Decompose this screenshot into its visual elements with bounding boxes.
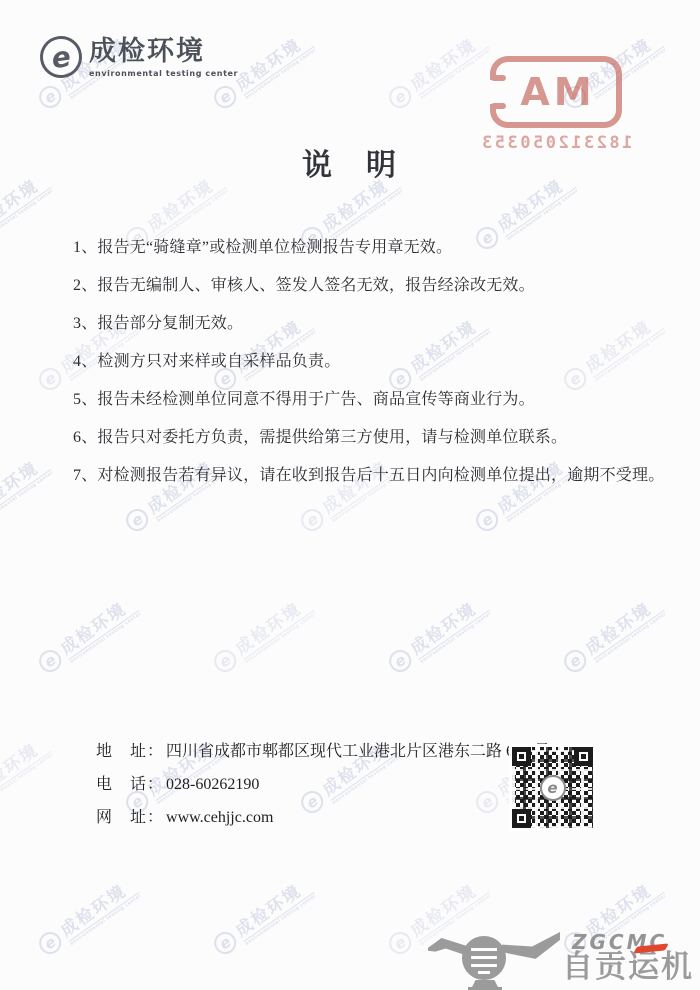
watermark-text: 成检环境: [0, 448, 51, 518]
company-logo-icon: e: [37, 33, 84, 80]
watermark-text: 成检环境: [404, 589, 488, 659]
phone-value: 028-60262190: [166, 776, 259, 793]
brand-watermark: e 成检环境 environmental testing center: [525, 564, 700, 705]
watermark-subtext: environmental testing center: [419, 46, 493, 101]
brand-watermark: e 成检环境 environmental testing center: [175, 564, 350, 705]
watermark-text: 成检环境: [229, 871, 313, 941]
cma-stamp-letters: MA: [516, 70, 595, 114]
zgcmc-logo: ZGCMC 自贡运机: [428, 930, 698, 990]
qr-finder-icon: [574, 747, 593, 766]
brand-mark-icon: e: [385, 927, 416, 958]
watermark-text: 成检环境: [404, 25, 488, 95]
brand-mark-icon: e: [385, 645, 416, 676]
brand-watermark-content: e 成检环境 environmental testing center: [382, 589, 493, 680]
brand-watermark-content: e 成检环境 environmental testing center: [32, 871, 143, 962]
cma-frame-gap: [489, 80, 499, 104]
document-page: e 成检环境 environmental testing center e 成检…: [0, 0, 700, 990]
watermark-subtext: environmental testing center: [0, 469, 55, 524]
note-item-3: 3、报告部分复制无效。: [73, 314, 662, 333]
note-item-1: 1、报告无“骑缝章”或检测单位检测报告专用章无效。: [73, 238, 662, 257]
watermark-subtext: environmental testing center: [0, 751, 55, 806]
phone-line: 电 话：028-60262190: [96, 775, 550, 795]
watermark-subtext: environmental testing center: [156, 187, 230, 242]
wing-right-icon: [502, 932, 560, 960]
watermark-subtext: environmental testing center: [506, 187, 580, 242]
brand-mark-icon: e: [35, 645, 66, 676]
watermark-subtext: environmental testing center: [69, 610, 143, 665]
address-label: 地 址：: [96, 743, 164, 760]
note-item-2: 2、报告无编制人、审核人、签发人签名无效，报告经涂改无效。: [73, 276, 662, 295]
brand-watermark: e 成检环境 environmental testing center: [0, 846, 175, 987]
zgcmc-text: ZGCMC 自贡运机: [562, 932, 694, 984]
watermark-subtext: environmental testing center: [244, 892, 318, 947]
note-item-5: 5、报告未经检测单位同意不得用于广告、商品宣传等商业行为。: [73, 390, 662, 409]
brand-mark-icon: e: [210, 645, 241, 676]
brand-mark-icon: e: [122, 504, 153, 535]
qr-finder-icon: [512, 809, 531, 828]
cma-stamp-frame: MA: [490, 56, 622, 128]
brand-mark-icon: e: [560, 645, 591, 676]
watermark-subtext: environmental testing center: [419, 610, 493, 665]
brand-watermark-content: e 成检环境 environmental testing center: [207, 871, 318, 962]
watermark-subtext: environmental testing center: [0, 187, 55, 242]
brand-watermark: e 成检环境 environmental testing center: [175, 846, 350, 987]
website-line: 网 址：www.cehjjc.com: [96, 808, 550, 828]
brand-mark-icon: e: [385, 81, 416, 112]
brand-watermark-content: e 成检环境 environmental testing center: [0, 730, 55, 821]
qr-code: e: [509, 744, 596, 831]
brand-watermark-content: e 成检环境 environmental testing center: [207, 589, 318, 680]
watermark-subtext: environmental testing center: [244, 610, 318, 665]
brand-watermark-content: e 成检环境 environmental testing center: [557, 589, 668, 680]
phone-label: 电 话：: [96, 776, 164, 793]
watermark-subtext: environmental testing center: [244, 46, 318, 101]
watermark-subtext: environmental testing center: [594, 610, 668, 665]
emblem-base-icon: [472, 980, 498, 987]
website-value: www.cehjjc.com: [166, 809, 273, 826]
brand-mark-icon: e: [35, 81, 66, 112]
company-name: 成检环境: [89, 36, 238, 68]
watermark-subtext: environmental testing center: [69, 892, 143, 947]
watermark-subtext: environmental testing center: [331, 187, 405, 242]
qr-center-logo-icon: e: [540, 775, 566, 801]
brand-mark-icon: e: [210, 81, 241, 112]
watermark-text: 成检环境: [229, 25, 313, 95]
brand-watermark: e 成检环境 environmental testing center: [0, 705, 87, 846]
address-value: 四川省成都市郫都区现代工业港北片区港东二路 639 号: [166, 743, 550, 760]
brand-mark-icon: e: [297, 504, 328, 535]
brand-mark-icon: e: [35, 363, 66, 394]
cma-frame-hook: [491, 75, 506, 81]
brand-mark-icon: e: [210, 927, 241, 958]
company-subtitle: environmental testing center: [89, 69, 238, 78]
brand-watermark-content: e 成检环境 environmental testing center: [32, 589, 143, 680]
cma-stamp: MA 182312050353: [488, 56, 624, 153]
watermark-text: 成检环境: [54, 871, 138, 941]
brand-watermark: e 成检环境 environmental testing center: [350, 564, 525, 705]
website-label: 网 址：: [96, 809, 164, 826]
brand-watermark: e 成检环境 environmental testing center: [0, 564, 175, 705]
brand-mark-icon: e: [35, 927, 66, 958]
contact-block: 地 址：四川省成都市郫都区现代工业港北片区港东二路 639 号 电 话：028-…: [96, 742, 550, 841]
cma-frame-hook: [491, 103, 506, 109]
note-item-7: 7、对检测报告若有异议，请在收到报告后十五日内向检测单位提出，逾期不受理。: [73, 466, 662, 485]
brand-mark-icon: e: [472, 504, 503, 535]
zgcmc-zh-name: 自贡运机: [562, 950, 694, 984]
drum-circle-icon: [462, 936, 506, 980]
company-logo: e 成检环境 environmental testing center: [40, 36, 238, 78]
watermark-text: 成检环境: [579, 589, 663, 659]
brand-watermark-content: e 成检环境 environmental testing center: [382, 25, 493, 116]
brand-watermark-content: e 成检环境 environmental testing center: [0, 448, 55, 539]
watermark-text: 成检环境: [54, 589, 138, 659]
address-line: 地 址：四川省成都市郫都区现代工业港北片区港东二路 639 号: [96, 742, 550, 762]
watermark-text: 成检环境: [229, 589, 313, 659]
note-item-4: 4、检测方只对来样或自采样品负责。: [73, 352, 662, 371]
notes-list: 1、报告无“骑缝章”或检测单位检测报告专用章无效。 2、报告无编制人、审核人、签…: [73, 238, 662, 504]
qr-finder-icon: [512, 747, 531, 766]
zgcmc-emblem-icon: [428, 930, 558, 990]
page-title: 说 明: [0, 140, 700, 184]
watermark-text: 成检环境: [0, 730, 51, 800]
note-item-6: 6、报告只对委托方负责，需提供给第三方使用，请与检测单位联系。: [73, 428, 662, 447]
